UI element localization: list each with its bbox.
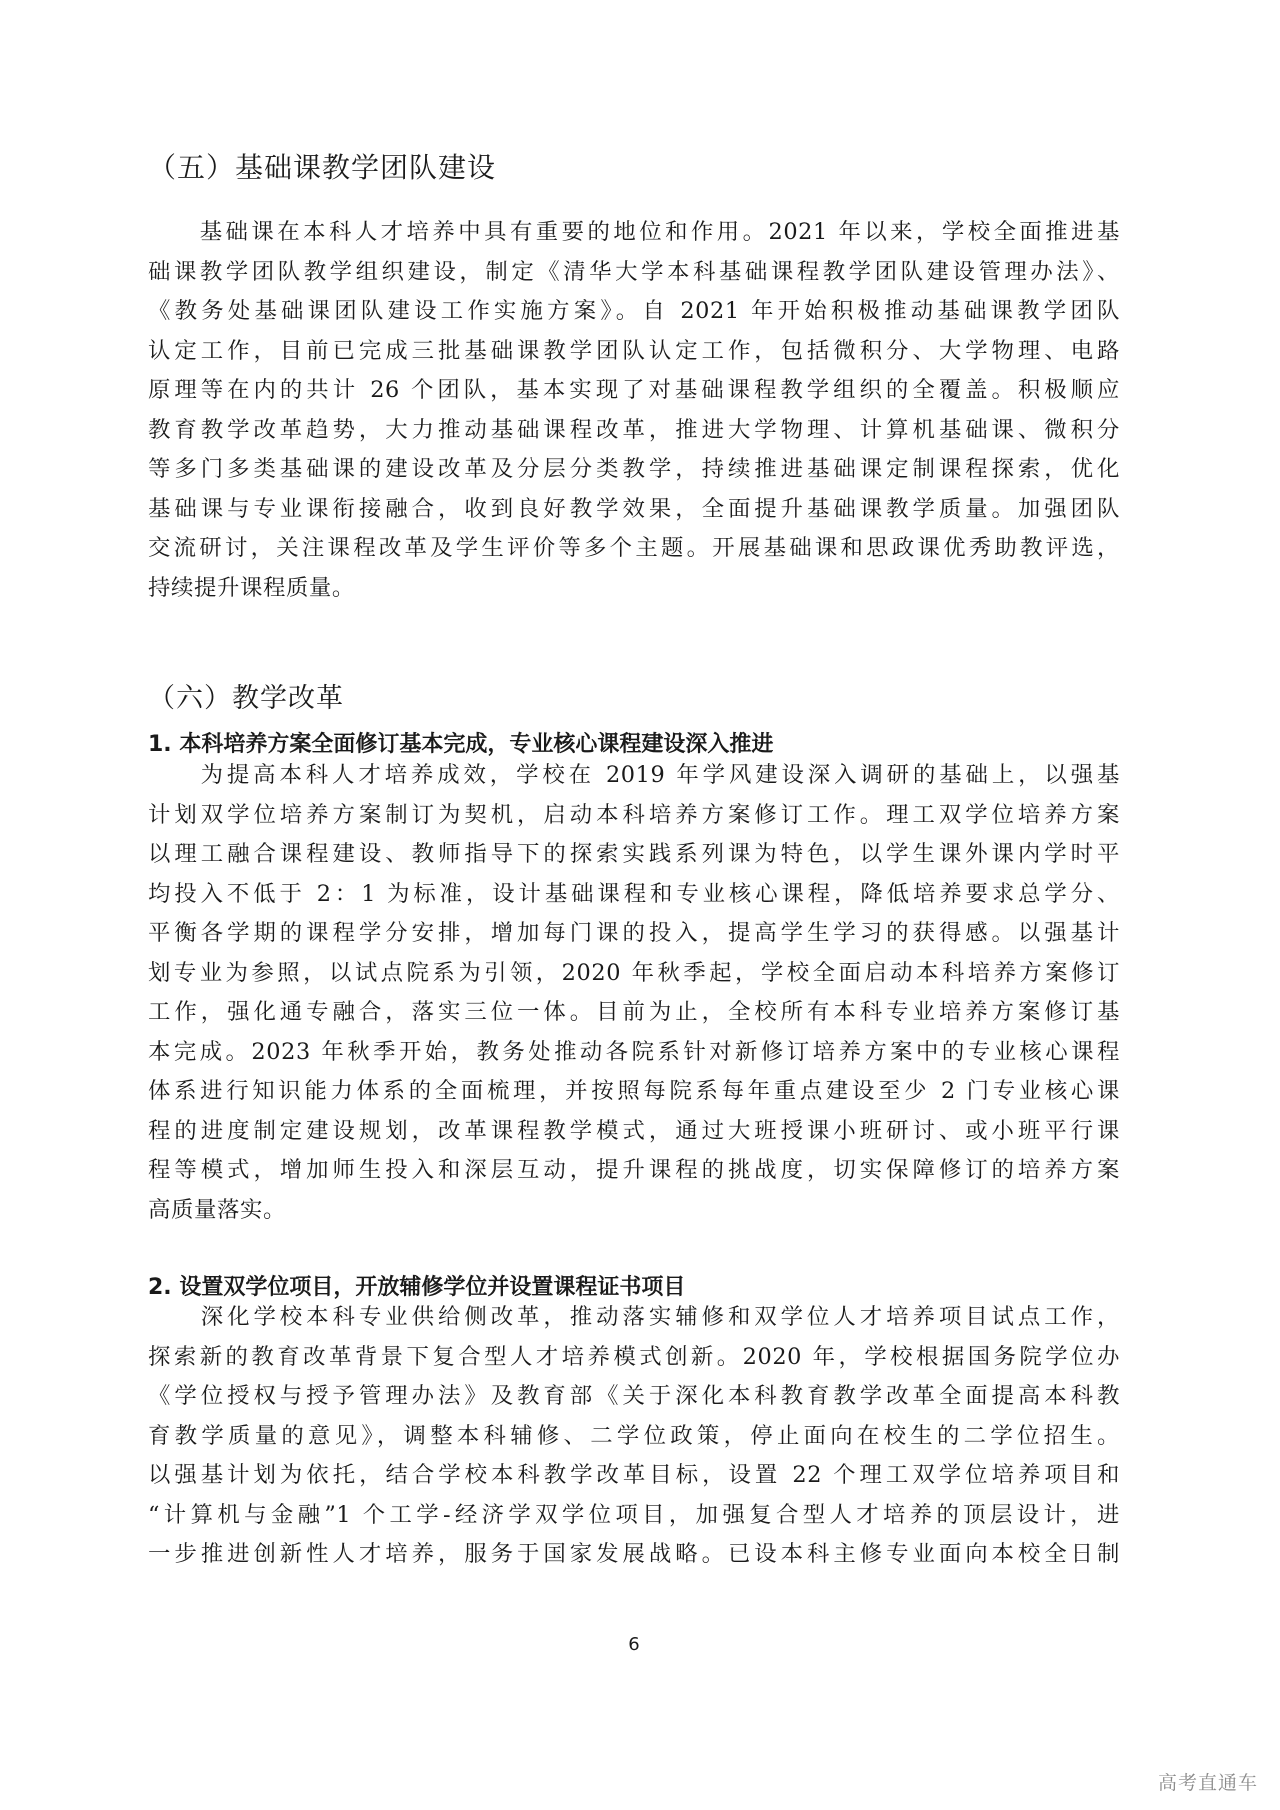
paragraph-line: 工作，强化通专融合，落实三位一体。目前为止，全校所有本科专业培养方案修订基 xyxy=(148,993,1120,1033)
paragraph-line: 《学位授权与授予管理办法》及教育部《关于深化本科教育教学改革全面提高本科教 xyxy=(148,1377,1120,1417)
paragraph-line: 基础课在本科人才培养中具有重要的地位和作用。2021 年以来，学校全面推进基 xyxy=(148,213,1120,253)
paragraph-line: 育教学质量的意见》，调整本科辅修、二学位政策，停止面向在校生的二学位招生。 xyxy=(148,1417,1120,1457)
paragraph-line: 等多门多类基础课的建设改革及分层分类教学，持续推进基础课定制课程探索，优化 xyxy=(148,450,1120,490)
paragraph-line: 均投入不低于 2：1 为标准，设计基础课程和专业核心课程，降低培养要求总学分、 xyxy=(148,875,1120,915)
paragraph-line: 础课教学团队教学组织建设，制定《清华大学本科基础课程教学团队建设管理办法》、 xyxy=(148,253,1120,293)
subsection-2-heading: 2. 设置双学位项目，开放辅修学位并设置课程证书项目 xyxy=(148,1270,685,1301)
section-6-heading: （六）教学改革 xyxy=(148,676,344,715)
section-5-heading: （五）基础课教学团队建设 xyxy=(148,146,496,186)
paragraph-line: 程的进度制定建设规划，改革课程教学模式，通过大班授课小班研讨、或小班平行课 xyxy=(148,1112,1120,1152)
paragraph-line: 以强基计划为依托，结合学校本科教学改革目标，设置 22 个理工双学位培养项目和 xyxy=(148,1456,1120,1496)
paragraph-line: 本完成。2023 年秋季开始，教务处推动各院系针对新修订培养方案中的专业核心课程 xyxy=(148,1033,1120,1073)
paragraph-line: 计划双学位培养方案制订为契机，启动本科培养方案修订工作。理工双学位培养方案 xyxy=(148,796,1120,836)
subsection-1-paragraph: 为提高本科人才培养成效，学校在 2019 年学风建设深入调研的基础上，以强基 计… xyxy=(148,756,1120,1230)
paragraph-line: 持续提升课程质量。 xyxy=(148,569,1120,609)
page-number: 6 xyxy=(148,1634,1120,1655)
paragraph-line: 《教务处基础课团队建设工作实施方案》。自 2021 年开始积极推动基础课教学团队 xyxy=(148,292,1120,332)
paragraph-line: 深化学校本科专业供给侧改革，推动落实辅修和双学位人才培养项目试点工作， xyxy=(148,1298,1120,1338)
paragraph-line: 为提高本科人才培养成效，学校在 2019 年学风建设深入调研的基础上，以强基 xyxy=(148,756,1120,796)
subsection-1-heading: 1. 本科培养方案全面修订基本完成，专业核心课程建设深入推进 xyxy=(148,727,773,758)
section-5-paragraph: 基础课在本科人才培养中具有重要的地位和作用。2021 年以来，学校全面推进基 础… xyxy=(148,213,1120,608)
paragraph-line: 划专业为参照，以试点院系为引领，2020 年秋季起，学校全面启动本科培养方案修订 xyxy=(148,954,1120,994)
paragraph-line: 认定工作，目前已完成三批基础课教学团队认定工作，包括微积分、大学物理、电路 xyxy=(148,332,1120,372)
paragraph-line: “计算机与金融”1 个工学-经济学双学位项目，加强复合型人才培养的顶层设计，进 xyxy=(148,1496,1120,1536)
paragraph-line: 程等模式，增加师生投入和深层互动，提升课程的挑战度，切实保障修订的培养方案 xyxy=(148,1151,1120,1191)
paragraph-line: 基础课与专业课衔接融合，收到良好教学效果，全面提升基础课教学质量。加强团队 xyxy=(148,490,1120,530)
subsection-2-paragraph: 深化学校本科专业供给侧改革，推动落实辅修和双学位人才培养项目试点工作， 探索新的… xyxy=(148,1298,1120,1575)
paragraph-line: 教育教学改革趋势，大力推动基础课程改革，推进大学物理、计算机基础课、微积分 xyxy=(148,411,1120,451)
paragraph-line: 高质量落实。 xyxy=(148,1191,1120,1231)
paragraph-line: 以理工融合课程建设、教师指导下的探索实践系列课为特色，以学生课外课内学时平 xyxy=(148,835,1120,875)
paragraph-line: 体系进行知识能力体系的全面梳理，并按照每院系每年重点建设至少 2 门专业核心课 xyxy=(148,1072,1120,1112)
paragraph-line: 平衡各学期的课程学分安排，增加每门课的投入，提高学生学习的获得感。以强基计 xyxy=(148,914,1120,954)
paragraph-line: 一步推进创新性人才培养，服务于国家发展战略。已设本科主修专业面向本校全日制 xyxy=(148,1535,1120,1575)
watermark: 高考直通车 xyxy=(1158,1768,1258,1795)
paragraph-line: 交流研讨，关注课程改革及学生评价等多个主题。开展基础课和思政课优秀助教评选， xyxy=(148,529,1120,569)
paragraph-line: 原理等在内的共计 26 个团队，基本实现了对基础课程教学组织的全覆盖。积极顺应 xyxy=(148,371,1120,411)
paragraph-line: 探索新的教育改革背景下复合型人才培养模式创新。2020 年，学校根据国务院学位办 xyxy=(148,1338,1120,1378)
